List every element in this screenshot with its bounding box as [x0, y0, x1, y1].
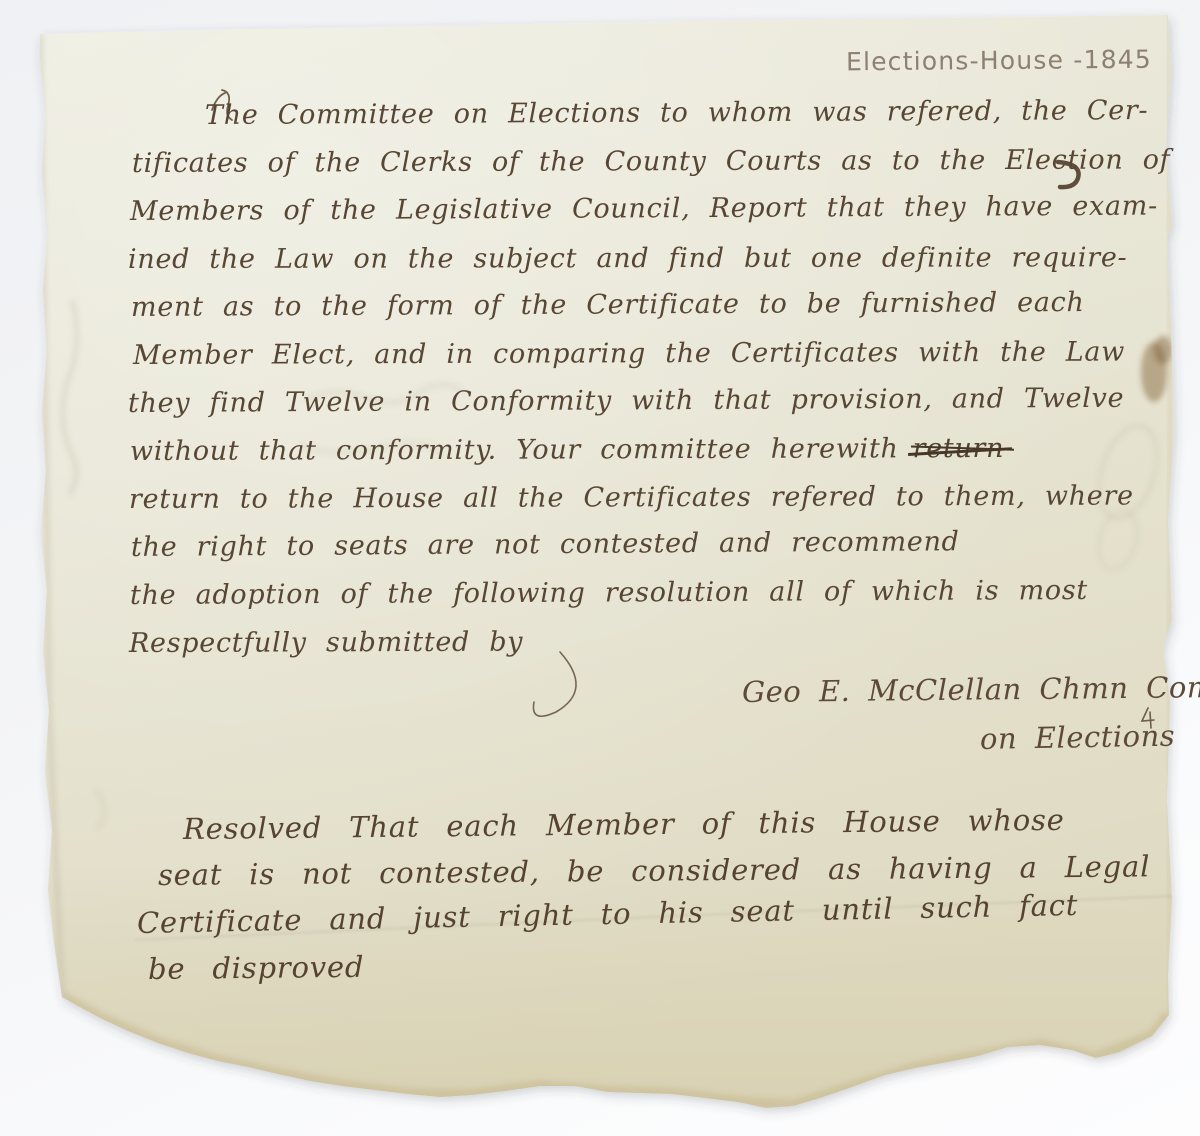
manuscript-line-6: Member Elect, and in comparing the Certi…	[133, 337, 1125, 371]
manuscript-line-10: the right to seats are not contested and…	[131, 526, 960, 563]
struck-word: return	[913, 433, 1005, 464]
manuscript-line-1: The Committee on Elections to whom was r…	[205, 95, 1148, 131]
manuscript-line-7: they find Twelve in Conformity with that…	[128, 383, 1124, 419]
manuscript-text-layer: Elections-House -1845 The Committee on E…	[0, 0, 1200, 1136]
manuscript-line-5: ment as to the form of the Certificate t…	[131, 287, 1085, 323]
manuscript-line-3: Members of the Legislative Council, Repo…	[130, 191, 1158, 227]
manuscript-line-9: return to the House all the Certificates…	[129, 480, 1134, 515]
manuscript-line-12: Respectfully submitted by	[129, 627, 523, 659]
manuscript-line-4: ined the Law on the subject and find but…	[128, 242, 1127, 275]
resolution-line-4: be disproved	[148, 950, 365, 986]
resolution-line-1: Resolved That each Member of this House …	[183, 803, 1065, 846]
archival-label: Elections-House -1845	[846, 45, 1152, 77]
signature-title-line: on Elections	[980, 719, 1176, 756]
manuscript-line-8: without that conformity. Your committee …	[130, 433, 1004, 467]
manuscript-line-2: tificates of the Clerks of the County Co…	[132, 144, 1170, 179]
manuscript-line-11: the adoption of the following resolution…	[130, 575, 1088, 611]
scanned-document-stage: Elections-House -1845 The Committee on E…	[0, 0, 1200, 1136]
resolution-line-2: seat is not contested, be considered as …	[158, 849, 1150, 892]
manuscript-line-8-text: without that conformity. Your committee …	[130, 433, 899, 467]
signature-line: Geo E. McClellan Chmn Comt	[742, 670, 1200, 709]
resolution-line-3: Certificate and just right to his seat u…	[137, 888, 1079, 940]
